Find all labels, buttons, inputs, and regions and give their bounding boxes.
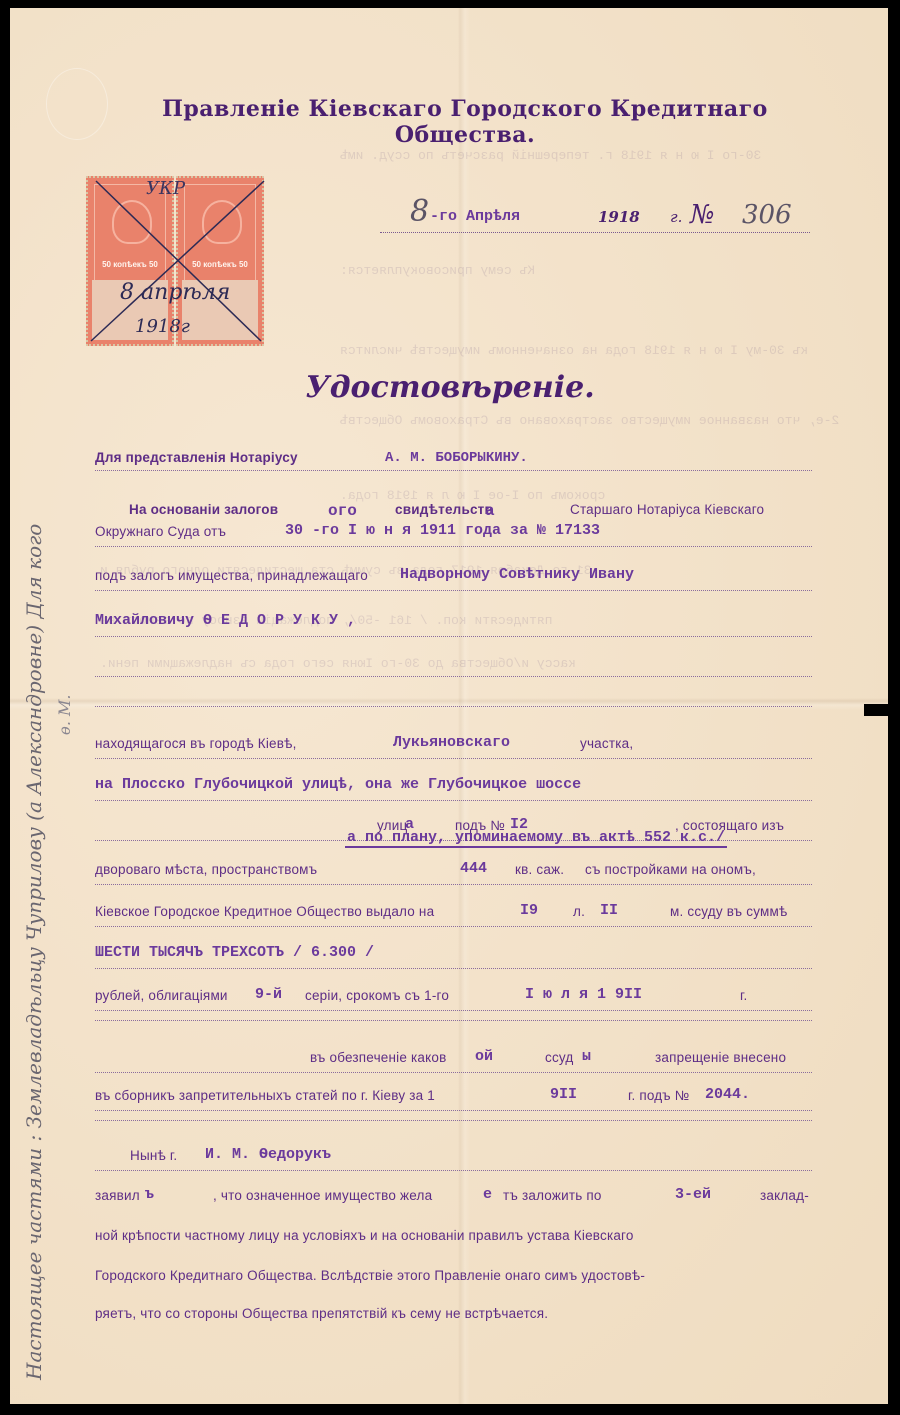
number-sign: №: [690, 200, 715, 230]
embossed-seal: [46, 68, 108, 140]
applicant-line: Нынѣ г. И. М. Ѳедорукъ: [95, 1146, 812, 1171]
date-month: -го Апрѣля: [430, 208, 520, 225]
street-line: на Плосско Глубочицкой улицѣ, она же Глу…: [95, 764, 812, 801]
court-line: Окружнаго Суда отъ 30 -го I ю н я 1911 г…: [95, 510, 812, 547]
margin-handwritten-initials: ѳ. М.: [55, 695, 74, 735]
blank-line: [95, 656, 812, 677]
blank-line: [95, 686, 812, 707]
closing-text-line-3: ряетъ, что со стороны Общества препятств…: [95, 1306, 548, 1321]
document-title: Удостовѣреніе.: [250, 370, 650, 405]
institution-header: Правленіе Кіевскаго Городского Кредитнаг…: [125, 96, 805, 148]
date-year-suffix: г.: [670, 208, 682, 226]
paper-tear: [864, 704, 888, 716]
show-through-text: 30-го I ю н я 1918 г. теперешній разсчет…: [340, 148, 761, 163]
owner-line: подъ залогъ имущества, принадлежащаго На…: [95, 554, 812, 591]
show-through-text: Къ сему присовокупляется:: [340, 263, 535, 278]
closing-text-line-1: ной крѣпости частному лицу на условіяхъ …: [95, 1228, 634, 1243]
loan-term-line: Кіевское Городское Кредитное Общество вы…: [95, 890, 812, 927]
margin-handwritten-note: Настоящее частями : Землевладѣльцу Чупри…: [22, 524, 46, 1380]
security-line: въ обезпеченіе каков ой ссуд ы запрещені…: [95, 1036, 812, 1073]
stamp-handwritten-year: 1918г: [135, 316, 190, 337]
document-number: 306: [742, 200, 792, 230]
owner-name-line: Михайловичу Ѳ Е Д О Р У К У ,: [95, 600, 812, 637]
date-day: 8: [410, 194, 429, 229]
typed-insertion: а по плану, упоминаемому въ актѣ 552 к.с…: [345, 828, 727, 848]
show-through-text: 2-е, что названное имущество застрахован…: [340, 413, 839, 428]
blank-line: [95, 1000, 812, 1021]
loan-amount-line: ШЕСТИ ТЫСЯЧЪ ТРЕХСОТЪ / 6.300 /: [95, 932, 812, 969]
stamp-handwritten-date: 8 апрѣля: [120, 280, 230, 305]
declaration-line: заявил ъ , что означенное имущество жела…: [95, 1186, 812, 1208]
date-year: 1918: [598, 208, 640, 226]
closing-text-line-2: Городского Кредитнаго Общества. Вслѣдств…: [95, 1268, 645, 1283]
show-through-text: къ 30-му I ю н я 1918 года на означенном…: [340, 343, 808, 358]
notary-line: Для представленія Нотаріусу А. М. БОБОРЫ…: [95, 448, 812, 471]
date-line: 8 -го Апрѣля 1918 г. № 306: [380, 200, 810, 233]
district-line: находящагося въ городѣ Кіевѣ, Лукьяновск…: [95, 722, 812, 759]
blank-line: [95, 1100, 812, 1121]
area-line: двороваго мѣста, пространствомъ 444 кв. …: [95, 848, 812, 885]
